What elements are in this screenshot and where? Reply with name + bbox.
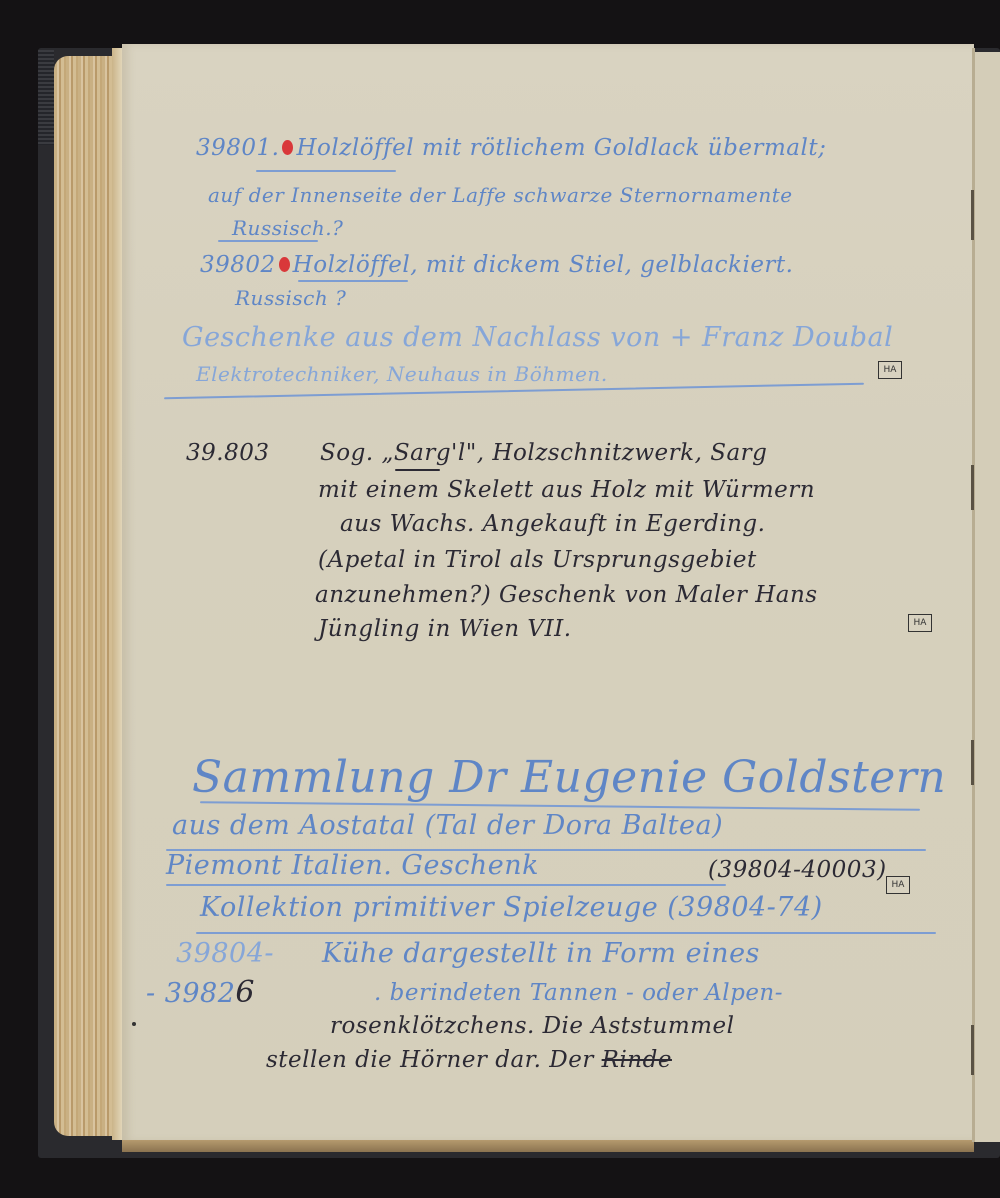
underline xyxy=(166,884,726,886)
binding-thread xyxy=(971,1025,974,1075)
binding-thread xyxy=(971,465,974,510)
red-circle-mark-icon xyxy=(282,140,293,155)
collection-title: Sammlung Dr Eugenie Goldstern xyxy=(192,752,946,803)
entry-39804-line-4: stellen die Hörner dar. Der Rinde xyxy=(266,1047,672,1073)
entry-39804-line-1: Kühe dargestellt in Form eines xyxy=(322,938,760,969)
entry-39804-number-to: - 39826 xyxy=(146,975,255,1010)
ha-stamp: HA xyxy=(878,361,902,379)
entry-39804-number-from: 39804- xyxy=(176,938,274,969)
underline xyxy=(196,932,936,934)
entry-39803-line-5: anzunehmen?) Geschenk von Maler Hans xyxy=(315,582,818,608)
entry-number: 39801. xyxy=(196,135,279,161)
underline xyxy=(395,469,440,471)
struck-word: Rinde xyxy=(602,1047,672,1073)
entry-39802-line-2: Russisch ? xyxy=(235,286,346,310)
collection-origin-line-1: aus dem Aostatal (Tal der Dora Baltea) xyxy=(172,810,723,841)
ha-stamp: HA xyxy=(908,614,932,632)
ink-dot xyxy=(132,1022,136,1026)
entry-39801-line-1: 39801.Holzlöffel mit rötlichem Goldlack … xyxy=(196,135,826,161)
number-to: - 3982 xyxy=(146,978,235,1009)
collection-number-range: (39804-40003) xyxy=(708,857,887,883)
entry-text: Holzlöffel mit rötlichem Goldlack überma… xyxy=(296,135,826,161)
entry-39803-line-1: Sog. „Sarg'l", Holzschnitzwerk, Sarg xyxy=(320,440,767,466)
entry-39803-line-4: (Apetal in Tirol als Ursprungsgebiet xyxy=(318,547,757,573)
entry-39803-number: 39.803 xyxy=(186,440,269,466)
underline xyxy=(256,170,396,172)
separator-rule xyxy=(218,240,318,242)
entry-39802-line-1: 39802Holzlöffel, mit dickem Stiel, gelbl… xyxy=(200,252,793,278)
line-2-text: . berindeten Tannen - oder Alpen- xyxy=(374,980,783,1006)
entry-39801-line-2: auf der Innenseite der Laffe schwarze St… xyxy=(208,183,793,207)
ha-stamp: HA xyxy=(886,876,910,894)
page-edge-shadow xyxy=(112,48,122,1140)
page-bottom-edge xyxy=(122,1140,974,1152)
number-correction: 6 xyxy=(235,975,255,1010)
entry-39803-line-3: aus Wachs. Angekauft in Egerding. xyxy=(340,511,765,537)
collection-subtitle: Kollektion primitiver Spielzeuge (39804-… xyxy=(200,892,823,923)
entry-39803-line-2: mit einem Skelett aus Holz mit Würmern xyxy=(318,477,815,503)
donation-note-line-1: Geschenke aus dem Nachlass von + Franz D… xyxy=(182,322,893,353)
red-circle-mark-icon xyxy=(279,257,290,272)
binding-thread xyxy=(971,190,974,240)
cover-spine-ribbing xyxy=(38,50,54,145)
line-4-text: stellen die Hörner dar. Der xyxy=(266,1047,594,1073)
entry-39804-line-3: rosenklötzchens. Die Aststummel xyxy=(330,1013,734,1039)
entry-number: 39802 xyxy=(200,252,276,278)
underline xyxy=(298,280,408,282)
entry-39803-line-6: Jüngling in Wien VII. xyxy=(318,616,572,642)
entry-text: Holzlöffel, mit dickem Stiel, gelblackie… xyxy=(293,252,794,278)
binding-thread xyxy=(971,740,974,785)
collection-origin-line-2: Piemont Italien. Geschenk xyxy=(166,850,539,881)
donation-note-line-2: Elektrotechniker, Neuhaus in Böhmen. xyxy=(196,362,608,386)
entry-39804-line-2: . berindeten Tannen - oder Alpen- xyxy=(374,980,783,1006)
facing-page-edge xyxy=(975,52,1000,1142)
entry-39801-line-3: Russisch.? xyxy=(232,216,343,240)
